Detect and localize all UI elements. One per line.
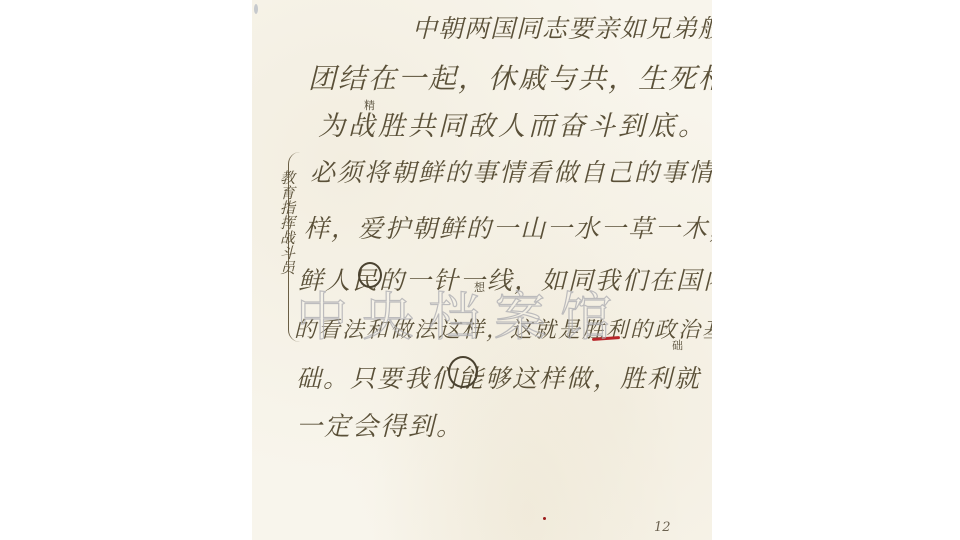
viewer-stage: 教育指挥战斗员 中朝两国同志要亲如兄弟般的 团结在一起，休戚与共，生死相依， 精…: [0, 0, 960, 540]
interlinear-insertion-2: 想: [474, 282, 485, 294]
manuscript-line-3: 为战胜共同敌人而奋斗到底。中国同志: [318, 112, 712, 142]
paper-stain: [254, 4, 258, 14]
red-ink-speck: [543, 517, 546, 520]
correction-circle-mark: [358, 262, 382, 288]
manuscript-line-8: 础。只要我们能够这样做，胜利就: [296, 364, 701, 394]
correction-circle-mark: [448, 356, 478, 388]
page-number: 12: [654, 520, 671, 535]
manuscript-line-7: 的看法和做法这样，这就是胜利的政治基: [294, 316, 712, 346]
manuscript-line-2: 团结在一起，休戚与共，生死相依，: [308, 64, 712, 94]
manuscript-line-1: 中朝两国同志要亲如兄弟般的: [412, 14, 712, 44]
manuscript-page: 教育指挥战斗员 中朝两国同志要亲如兄弟般的 团结在一起，休戚与共，生死相依， 精…: [252, 0, 712, 540]
manuscript-line-9: 一定会得到。: [296, 412, 464, 442]
margin-note: 教育指挥战斗员: [254, 170, 298, 280]
manuscript-line-5: 样，爱护朝鲜的一山一水一草一木，不拿朝: [304, 214, 712, 244]
interlinear-insertion-3: 础: [672, 340, 683, 352]
manuscript-line-4: 必须将朝鲜的事情看做自己的事情一: [310, 158, 712, 188]
